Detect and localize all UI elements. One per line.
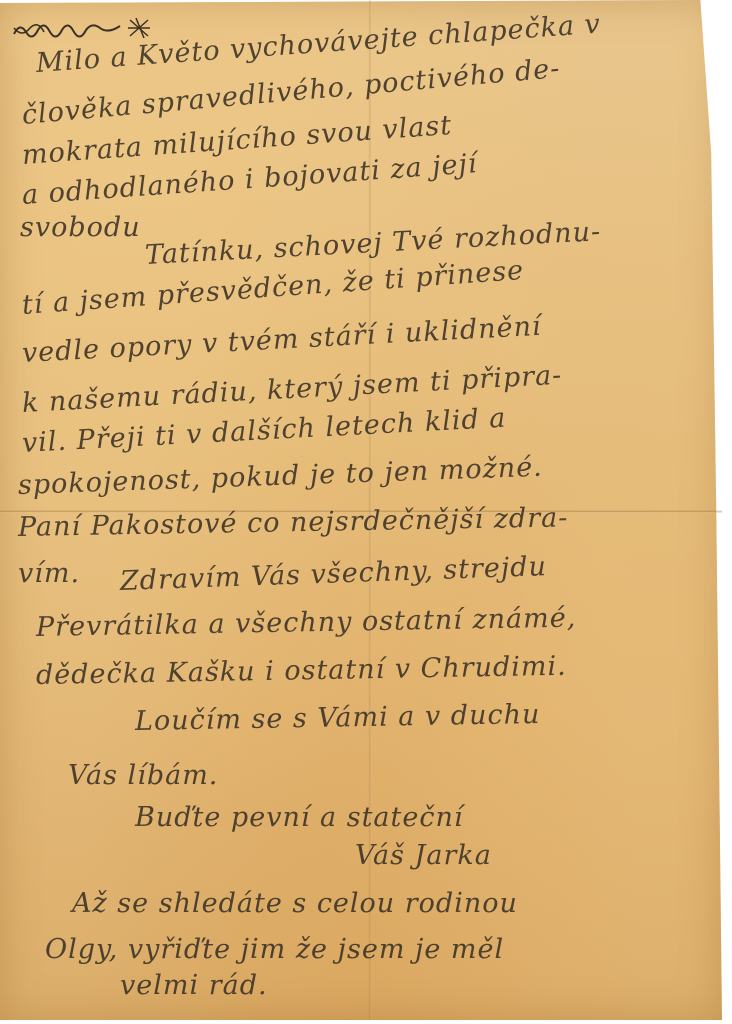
letter-line: Vás líbám. — [68, 760, 218, 791]
letter-line: Až se shledáte s celou rodinou — [72, 888, 518, 919]
letter-line: velmi rád. — [120, 970, 268, 1001]
letter-line: Buďte pevní a stateční — [135, 802, 464, 833]
wavy-ornament-icon — [10, 14, 150, 44]
letter-signature: Váš Jarka — [355, 840, 492, 871]
letter-line: svobodu — [20, 212, 141, 243]
letter-line: vím. — [18, 558, 80, 589]
letter-line: Olgy, vyřiďte jim že jsem je měl — [45, 934, 504, 965]
